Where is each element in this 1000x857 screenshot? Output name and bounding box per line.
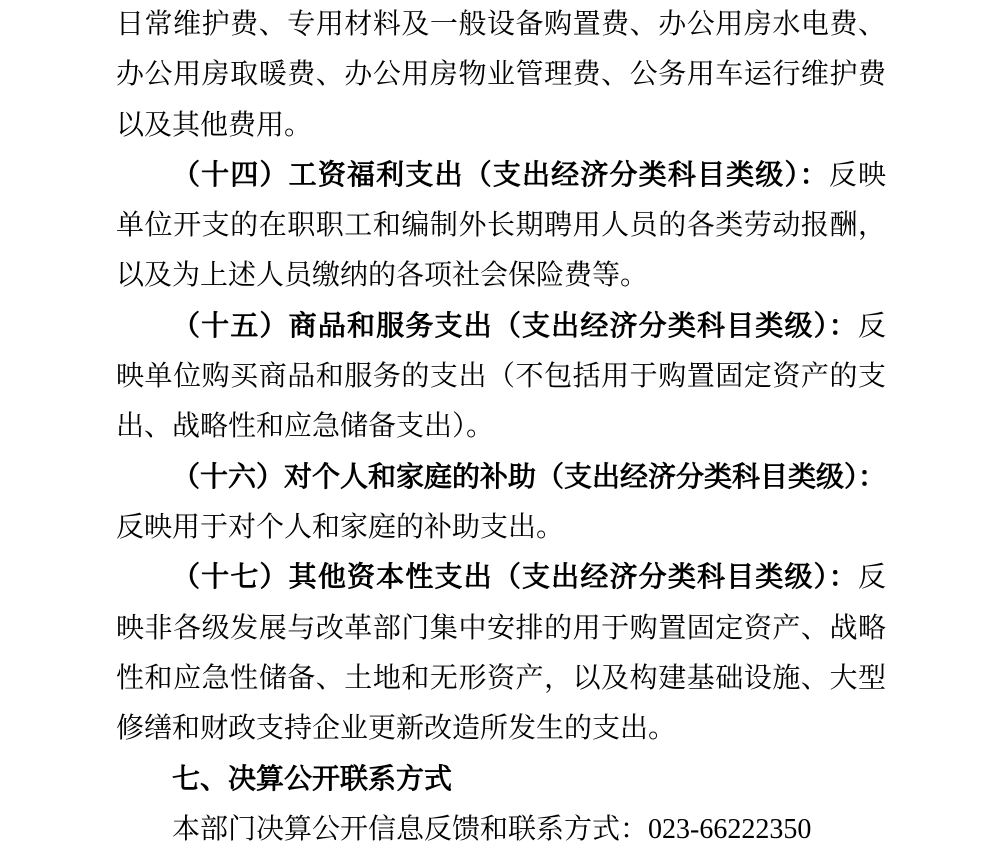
contact-text: 本部门决算公开信息反馈和联系方式：	[172, 814, 648, 845]
section-heading-contact: 七、决算公开联系方式	[116, 754, 886, 804]
contact-phone-number: 023-66222350	[648, 814, 811, 845]
item-16-label: （十六）对个人和家庭的补助（支出经济分类科目类级）：	[172, 462, 886, 493]
paragraph-item-17: （十七）其他资本性支出（支出经济分类科目类级）：反映非各级发展与改革部门集中安排…	[116, 553, 886, 754]
paragraph-item-16: （十六）对个人和家庭的补助（支出经济分类科目类级）：反映用于对个人和家庭的补助支…	[116, 453, 886, 554]
document-page: 日常维护费、专用材料及一般设备购置费、办公用房水电费、办公用房取暖费、办公用房物…	[0, 0, 1000, 857]
item-17-label: （十七）其他资本性支出（支出经济分类科目类级）：	[172, 562, 858, 593]
item-14-label: （十四）工资福利支出（支出经济分类科目类级）：	[172, 160, 829, 191]
item-15-label: （十五）商品和服务支出（支出经济分类科目类级）：	[172, 311, 858, 342]
paragraph-continuation: 日常维护费、专用材料及一般设备购置费、办公用房水电费、办公用房取暖费、办公用房物…	[116, 0, 886, 151]
paragraph-contact: 本部门决算公开信息反馈和联系方式：023-66222350	[116, 805, 886, 855]
paragraph-item-14: （十四）工资福利支出（支出经济分类科目类级）：反映单位开支的在职职工和编制外长期…	[116, 151, 886, 302]
paragraph-item-15: （十五）商品和服务支出（支出经济分类科目类级）：反映单位购买商品和服务的支出（不…	[116, 302, 886, 453]
item-16-body: 反映用于对个人和家庭的补助支出。	[116, 512, 564, 543]
